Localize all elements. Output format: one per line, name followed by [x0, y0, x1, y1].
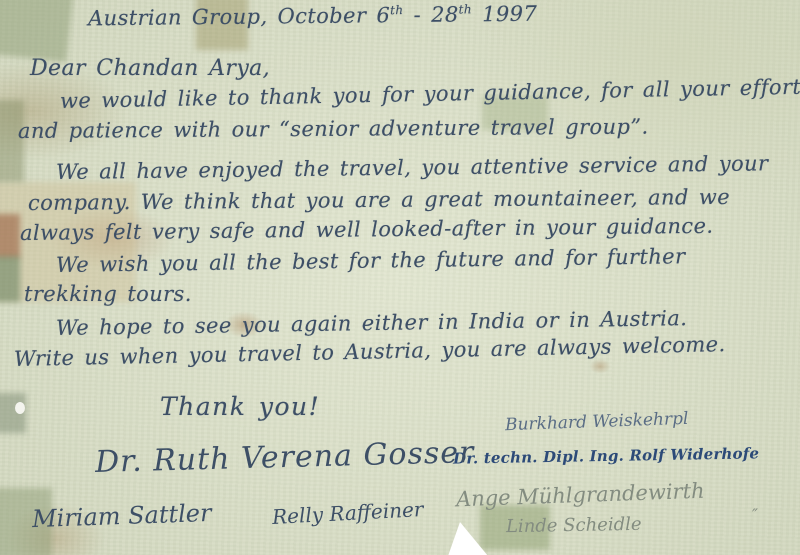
signature-rolf: Dr. techn. Dipl. Ing. Rolf Widerhofe [453, 444, 759, 467]
ditto-mark: ″ [752, 505, 758, 524]
dateline: Austrian Group, October 6th - 28th 1997 [88, 2, 537, 31]
body-line: and patience with our “senior adventure … [18, 115, 649, 143]
body-line: We all have enjoyed the travel, you atte… [56, 151, 769, 184]
ordinal-suffix: th [390, 3, 404, 17]
ordinal-suffix: th [459, 2, 473, 16]
paper-tear-bottom [448, 522, 488, 555]
signature-miriam: Miriam Sattler [32, 499, 212, 533]
signature-gosser: Dr. Ruth Verena Gosser [95, 435, 475, 480]
tape-patch-left-lower [0, 393, 26, 433]
dateline-year: 1997 [472, 2, 537, 27]
dateline-range: - 28 [403, 2, 458, 27]
stain-left-green [0, 256, 20, 302]
body-line: trekking tours. [24, 282, 192, 306]
closing-thanks: Thank you! [160, 392, 320, 421]
body-line: company. We think that you are a great m… [28, 185, 730, 215]
body-line: always felt very safe and well looked-af… [20, 214, 714, 245]
tape-patch-top-left [0, 0, 73, 62]
stain-left-red [0, 214, 20, 258]
signature-ange: Ange Mühlgrandewirth [456, 479, 705, 512]
paper-speck-left [15, 402, 25, 414]
dateline-text: Austrian Group, October 6 [88, 3, 390, 30]
salutation: Dear Chandan Arya, [30, 56, 270, 81]
letter-page: Austrian Group, October 6th - 28th 1997 … [0, 0, 800, 555]
signature-weiskehrpl: Burkhard Weiskehrpl [505, 409, 689, 435]
signature-relly: Relly Raffeiner [271, 497, 424, 529]
body-line: We wish you all the best for the future … [56, 244, 686, 277]
signature-linde: Linde Scheidle [506, 514, 642, 537]
